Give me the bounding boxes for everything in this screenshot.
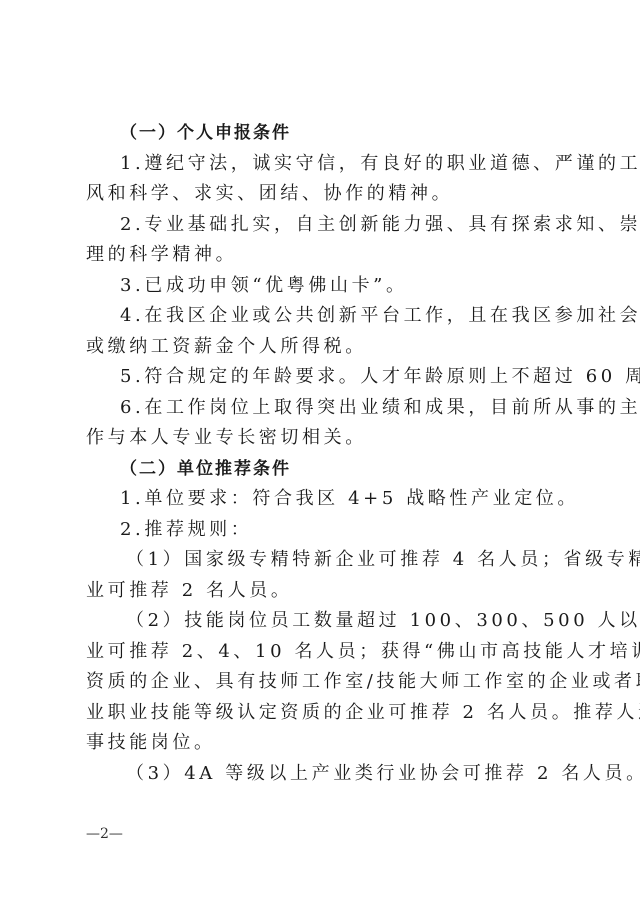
text-line: 业可推荐 2、4、10 名人员；获得“佛山市高技能人才培训基地” — [86, 637, 558, 668]
text-line: 资质的企业、具有技师工作室/技能大师工作室的企业或者取得企 — [86, 667, 558, 698]
document-page: （一）个人申报条件 1.遵纪守法，诚实守信，有良好的职业道德、严谨的工作作 风和… — [86, 118, 558, 789]
list-item-6: 6.在工作岗位上取得突出业绩和成果，目前所从事的主要工 作与本人专业专长密切相关… — [86, 393, 558, 454]
text-line: 6.在工作岗位上取得突出业绩和成果，目前所从事的主要工 — [86, 393, 558, 424]
page-number: —2— — [86, 826, 123, 842]
list-item-unit-requirement: 1.单位要求：符合我区 4+5 战略性产业定位。 — [86, 484, 558, 515]
text-line: 1.遵纪守法，诚实守信，有良好的职业道德、严谨的工作作 — [86, 149, 558, 180]
text-line: 业可推荐 2 名人员。 — [86, 576, 558, 607]
sub-item-3: （3）4A 等级以上产业类行业协会可推荐 2 名人员。 — [86, 759, 558, 790]
text-line: 理的科学精神。 — [86, 240, 558, 271]
text-line: 2.专业基础扎实，自主创新能力强、具有探索求知、崇尚真 — [86, 210, 558, 241]
text-line: （2）技能岗位员工数量超过 100、300、500 人以上的区内企 — [86, 606, 558, 637]
list-item-3: 3.已成功申领“优粤佛山卡”。 — [86, 271, 558, 302]
text-line: （3）4A 等级以上产业类行业协会可推荐 2 名人员。 — [86, 759, 558, 790]
list-item-4: 4.在我区企业或公共创新平台工作，且在我区参加社会保险 或缴纳工资薪金个人所得税… — [86, 301, 558, 362]
sub-item-1: （1）国家级专精特新企业可推荐 4 名人员；省级专精特新企 业可推荐 2 名人员… — [86, 545, 558, 606]
text-line: 2.推荐规则： — [86, 515, 558, 546]
text-line: 作与本人专业专长密切相关。 — [86, 423, 558, 454]
text-line: 或缴纳工资薪金个人所得税。 — [86, 332, 558, 363]
text-line: 4.在我区企业或公共创新平台工作，且在我区参加社会保险 — [86, 301, 558, 332]
section-heading-unit-recommendation: （二）单位推荐条件 — [86, 454, 558, 485]
sub-item-2: （2）技能岗位员工数量超过 100、300、500 人以上的区内企 业可推荐 2… — [86, 606, 558, 759]
section-heading-personal-conditions: （一）个人申报条件 — [86, 118, 558, 149]
text-line: 业职业技能等级认定资质的企业可推荐 2 名人员。推荐人选需从 — [86, 698, 558, 729]
text-line: 1.单位要求：符合我区 4+5 战略性产业定位。 — [86, 484, 558, 515]
text-line: 事技能岗位。 — [86, 728, 558, 759]
list-item-recommendation-rules: 2.推荐规则： — [86, 515, 558, 546]
list-item-5: 5.符合规定的年龄要求。人才年龄原则上不超过 60 周岁。 — [86, 362, 558, 393]
text-line: （1）国家级专精特新企业可推荐 4 名人员；省级专精特新企 — [86, 545, 558, 576]
text-line: 5.符合规定的年龄要求。人才年龄原则上不超过 60 周岁。 — [86, 362, 558, 393]
list-item-2: 2.专业基础扎实，自主创新能力强、具有探索求知、崇尚真 理的科学精神。 — [86, 210, 558, 271]
text-line: 3.已成功申领“优粤佛山卡”。 — [86, 271, 558, 302]
list-item-1: 1.遵纪守法，诚实守信，有良好的职业道德、严谨的工作作 风和科学、求实、团结、协… — [86, 149, 558, 210]
text-line: 风和科学、求实、团结、协作的精神。 — [86, 179, 558, 210]
